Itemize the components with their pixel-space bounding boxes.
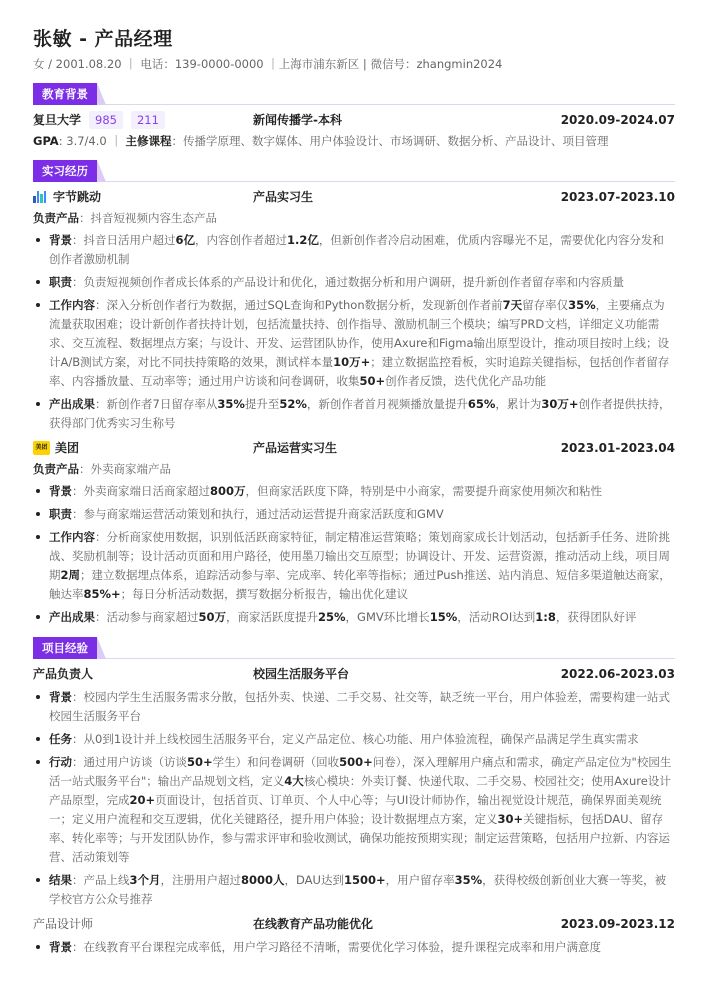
bullet-text: ，商家活跃度提升 — [226, 610, 318, 624]
highlight-value: 4大 — [284, 774, 304, 788]
bullet-label: 背景 — [49, 233, 72, 247]
bullet-text: ：负责短视频创作者成长体系的产品设计和优化，通过数据分析和用户调研，提升新创作者… — [72, 275, 624, 289]
highlight-value: 35% — [455, 873, 483, 887]
bullet-text: ：通过用户访谈（访谈 — [72, 755, 187, 769]
section-title: 项目经验 — [42, 641, 88, 655]
project-list: 产品负责人校园生活服务平台2022.06-2023.03背景：校园内学生生活服务… — [33, 664, 675, 957]
section-title: 教育背景 — [42, 87, 88, 101]
bullet-label: 工作内容 — [49, 298, 95, 312]
highlight-value: 8000人 — [241, 873, 285, 887]
section-header-education: 教育背景 — [33, 83, 675, 105]
bullet-label: 任务 — [49, 732, 72, 746]
bullet-text: ，获得团队好评 — [556, 610, 637, 624]
bullet-label: 背景 — [49, 940, 72, 954]
company: 美团美团 — [33, 438, 79, 458]
bullet-list: 背景：在线教育平台课程完成率低，用户学习路径不清晰，需要优化学习体验，提升课程完… — [33, 938, 675, 957]
bullet-label: 产出成果 — [49, 610, 95, 624]
internship-header: 字节跳动产品实习生2023.07-2023.10 — [33, 187, 675, 207]
courses-value: ：传播学原理、数字媒体、用户体验设计、市场调研、数据分析、产品设计、项目管理 — [172, 134, 609, 148]
bullet-text: ：从0到1设计并上线校园生活服务平台，定义产品定位、核心功能、用户体验流程，确保… — [72, 732, 639, 746]
bullet-item: 结果：产品上线3个月，注册用户超过8000人，DAU达到1500+，用户留存率3… — [33, 871, 675, 909]
project-role: 产品设计师 — [33, 914, 93, 934]
section-tag: 实习经历 — [33, 160, 97, 182]
product-value: ：抖音短视频内容生态产品 — [79, 211, 217, 225]
bullet-text: ：外卖商家端日活商家超过 — [72, 484, 210, 498]
bullet-item: 产出成果：新创作者7日留存率从35%提升至52%，新创作者首月视频播放量提升65… — [33, 395, 675, 433]
company-name: 字节跳动 — [53, 187, 101, 207]
bullet-label: 结果 — [49, 873, 72, 887]
resume-name-title: 张敏 - 产品经理 — [33, 26, 675, 52]
bullet-item: 背景：在线教育平台课程完成率低，用户学习路径不清晰，需要优化学习体验，提升课程完… — [33, 938, 675, 957]
meituan-logo-icon: 美团 — [33, 441, 50, 455]
highlight-value: 30+ — [498, 812, 524, 826]
project-header: 产品设计师在线教育产品功能优化2023.09-2023.12 — [33, 914, 675, 934]
bullet-text: ：活动参与商家超过 — [95, 610, 199, 624]
bullet-text: 创作者反馈，迭代优化产品功能 — [385, 374, 546, 388]
highlight-value: 35% — [217, 397, 245, 411]
bullet-label: 职责 — [49, 275, 72, 289]
bullet-text: 留存率仅 — [522, 298, 568, 312]
highlight-value: 85%+ — [84, 587, 121, 601]
bullet-list: 背景：校园内学生生活服务需求分散，包括外卖、快递、二手交易、社交等，缺乏统一平台… — [33, 688, 675, 909]
highlight-value: 1:8 — [535, 610, 556, 624]
bullet-item: 背景：校园内学生生活服务需求分散，包括外卖、快递、二手交易、社交等，缺乏统一平台… — [33, 688, 675, 726]
internship-header: 美团美团产品运营实习生2023.01-2023.04 — [33, 438, 675, 458]
section-header-projects: 项目经验 — [33, 637, 675, 659]
highlight-value: 10万+ — [333, 355, 370, 369]
section-header-internships: 实习经历 — [33, 160, 675, 182]
school-name: 复旦大学 — [33, 110, 81, 130]
bullet-text: ：新创作者7日留存率从 — [95, 397, 217, 411]
highlight-value: 800万 — [210, 484, 246, 498]
bytedance-logo-icon — [33, 191, 47, 203]
bullet-text: ：在线教育平台课程完成率低，用户学习路径不清晰，需要优化学习体验，提升课程完成率… — [72, 940, 601, 954]
company: 字节跳动 — [33, 187, 101, 207]
bullet-item: 工作内容：分析商家使用数据，识别低活跃商家特征，制定精准运营策略；策划商家成长计… — [33, 528, 675, 604]
bullet-text: ：抖音日活用户超过 — [72, 233, 176, 247]
section-tag: 项目经验 — [33, 637, 97, 659]
bullet-text: ，注册用户超过 — [161, 873, 242, 887]
internship-list: 字节跳动产品实习生2023.07-2023.10负责产品：抖音短视频内容生态产品… — [33, 187, 675, 627]
product-line: 负责产品：抖音短视频内容生态产品 — [33, 209, 675, 227]
bullet-label: 职责 — [49, 507, 72, 521]
badge-985: 985 — [89, 111, 123, 129]
education-details: GPA: 3.7/4.0 ｜ 主修课程：传播学原理、数字媒体、用户体验设计、市场… — [33, 132, 675, 150]
bullet-text: 提升至 — [245, 397, 280, 411]
bullet-item: 职责：负责短视频创作者成长体系的产品设计和优化，通过数据分析和用户调研，提升新创… — [33, 273, 675, 292]
highlight-value: 1500+ — [344, 873, 386, 887]
bullet-item: 产出成果：活动参与商家超过50万，商家活跃度提升25%，GMV环比增长15%，活… — [33, 608, 675, 627]
bullet-item: 行动：通过用户访谈（访谈50+学生）和问卷调研（回收500+问卷），深入理解用户… — [33, 753, 675, 867]
section-title: 实习经历 — [42, 164, 88, 178]
bullet-text: ：产品上线 — [72, 873, 130, 887]
bullet-text: ，DAU达到 — [285, 873, 344, 887]
resume-page: 张敏 - 产品经理 女 / 2001.08.20 ｜ 电话：139-0000-0… — [0, 0, 708, 957]
highlight-value: 15% — [430, 610, 458, 624]
bullet-label: 产出成果 — [49, 397, 95, 411]
bullet-text: 学生）和问卷调研（回收 — [213, 755, 340, 769]
bullet-label: 工作内容 — [49, 530, 95, 544]
date-range: 2023.01-2023.04 — [561, 438, 675, 458]
project-header: 产品负责人校园生活服务平台2022.06-2023.03 — [33, 664, 675, 684]
highlight-value: 50万 — [199, 610, 227, 624]
bullet-text: ，用户留存率 — [386, 873, 455, 887]
bullet-text: ；每日分析活动数据，撰写数据分析报告，输出优化建议 — [121, 587, 409, 601]
bullet-text: ：参与商家端运营活动策划和执行，通过活动运营提升商家活跃度和GMV — [72, 507, 444, 521]
role: 产品实习生 — [253, 187, 313, 207]
highlight-value: 2周 — [61, 568, 81, 582]
product-label: 负责产品 — [33, 462, 79, 476]
gpa-label: GPA — [33, 134, 59, 148]
highlight-value: 25% — [318, 610, 346, 624]
major: 新闻传播学-本科 — [253, 110, 342, 130]
badge-211: 211 — [131, 111, 165, 129]
bullet-item: 背景：抖音日活用户超过6亿，内容创作者超过1.2亿，但新创作者冷启动困难，优质内… — [33, 231, 675, 269]
bullet-item: 背景：外卖商家端日活商家超过800万，但商家活跃度下降，特别是中小商家，需要提升… — [33, 482, 675, 501]
bullet-text: ，新创作者首月视频播放量提升 — [307, 397, 468, 411]
project-role: 产品负责人 — [33, 664, 93, 684]
project-name: 校园生活服务平台 — [253, 664, 349, 684]
bullet-label: 行动 — [49, 755, 72, 769]
date-range: 2023.09-2023.12 — [561, 914, 675, 934]
courses-label: 主修课程 — [126, 134, 172, 148]
highlight-value: 52% — [279, 397, 307, 411]
gpa-value: : 3.7/4.0 ｜ — [59, 134, 126, 148]
bullet-list: 背景：外卖商家端日活商家超过800万，但商家活跃度下降，特别是中小商家，需要提升… — [33, 482, 675, 627]
bullet-text: ，内容创作者超过 — [195, 233, 287, 247]
highlight-value: 50+ — [360, 374, 386, 388]
highlight-value: 1.2亿 — [287, 233, 319, 247]
education-row: 复旦大学 985 211 新闻传播学-本科 2020.09-2024.07 — [33, 110, 675, 130]
highlight-value: 7天 — [503, 298, 523, 312]
bullet-item: 工作内容：深入分析创作者行为数据，通过SQL查询和Python数据分析，发现新创… — [33, 296, 675, 391]
highlight-value: 6亿 — [176, 233, 196, 247]
bullet-label: 背景 — [49, 690, 72, 704]
project-name: 在线教育产品功能优化 — [253, 914, 373, 934]
school: 复旦大学 985 211 — [33, 110, 165, 130]
highlight-value: 65% — [468, 397, 496, 411]
date-range: 2022.06-2023.03 — [561, 664, 675, 684]
highlight-value: 30万+ — [541, 397, 578, 411]
company-name: 美团 — [55, 438, 79, 458]
education-date: 2020.09-2024.07 — [561, 110, 675, 130]
bullet-text: ，GMV环比增长 — [346, 610, 430, 624]
bullet-text: ，但商家活跃度下降，特别是中小商家，需要提升商家使用频次和粘性 — [246, 484, 603, 498]
bullet-text: ：校园内学生生活服务需求分散，包括外卖、快递、二手交易、社交等，缺乏统一平台，用… — [49, 690, 670, 723]
highlight-value: 3个月 — [130, 873, 161, 887]
date-range: 2023.07-2023.10 — [561, 187, 675, 207]
highlight-value: 50+ — [187, 755, 213, 769]
highlight-value: 500+ — [339, 755, 373, 769]
bullet-text: ，活动ROI达到 — [457, 610, 535, 624]
product-line: 负责产品：外卖商家端产品 — [33, 460, 675, 478]
bullet-text: ，累计为 — [495, 397, 541, 411]
bullet-text: ：深入分析创作者行为数据，通过SQL查询和Python数据分析，发现新创作者前 — [95, 298, 503, 312]
highlight-value: 20+ — [130, 793, 156, 807]
bullet-item: 任务：从0到1设计并上线校园生活服务平台，定义产品定位、核心功能、用户体验流程，… — [33, 730, 675, 749]
product-value: ：外卖商家端产品 — [79, 462, 171, 476]
section-tag: 教育背景 — [33, 83, 97, 105]
contact-info: 女 / 2001.08.20 ｜ 电话：139-0000-0000 ｜上海市浦东… — [33, 55, 675, 73]
bullet-list: 背景：抖音日活用户超过6亿，内容创作者超过1.2亿，但新创作者冷启动困难，优质内… — [33, 231, 675, 433]
bullet-item: 职责：参与商家端运营活动策划和执行，通过活动运营提升商家活跃度和GMV — [33, 505, 675, 524]
product-label: 负责产品 — [33, 211, 79, 225]
role: 产品运营实习生 — [253, 438, 337, 458]
highlight-value: 35% — [568, 298, 596, 312]
bullet-label: 背景 — [49, 484, 72, 498]
